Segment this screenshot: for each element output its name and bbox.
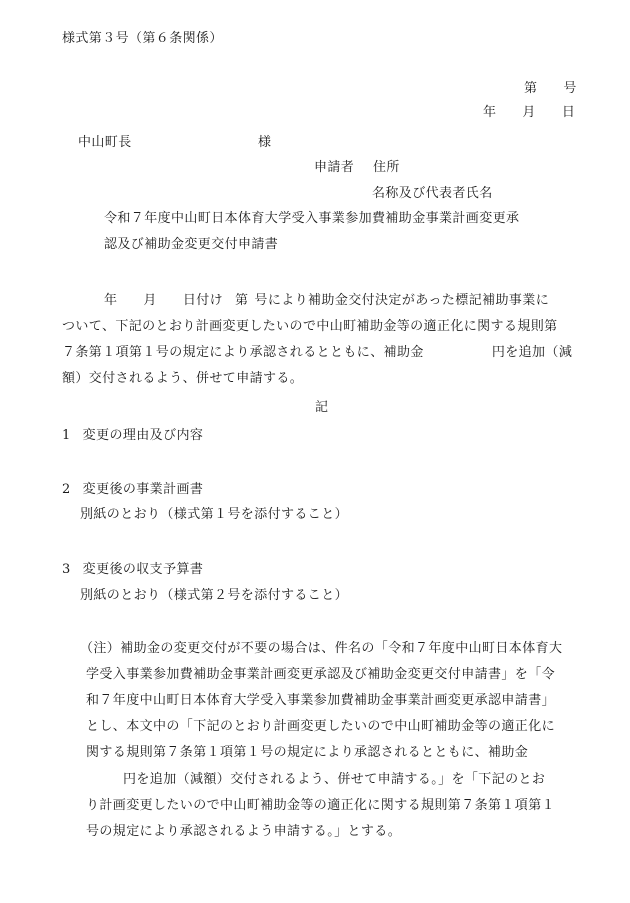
- document-title-line-2: 認及び補助金変更交付申請書: [104, 237, 278, 253]
- date-day: 日: [562, 105, 575, 120]
- body-line-1: 年月日付け第号により補助金交付決定があった標記補助事業に: [104, 293, 549, 309]
- note-line-1: （注）補助金の変更交付が不要の場合は、件名の「令和７年度中山町日本体育大: [80, 641, 562, 657]
- applicant-label: 申請者: [314, 160, 354, 176]
- date-year: 年: [483, 105, 496, 120]
- item-number: 2: [62, 482, 71, 497]
- body-no: 第: [235, 293, 248, 308]
- body-line-3-before: ７条第１項第１号の規定により承認されるとともに、補助金: [62, 345, 424, 360]
- body-line-3: ７条第１項第１号の規定により承認されるとともに、補助金円を追加（減: [62, 345, 572, 361]
- body-dated: 日付け: [183, 293, 223, 308]
- item-number: 3: [62, 562, 71, 577]
- applicant-address-label: 住所: [373, 160, 400, 176]
- ki-heading: 記: [315, 400, 328, 416]
- item-2-detail: 別紙のとおり（様式第１号を添付すること）: [80, 507, 348, 523]
- note-line-8: 号の規定により承認されるよう申請する。」とする。: [86, 824, 401, 840]
- body-month: 月: [143, 293, 156, 308]
- item-heading: 変更後の収支予算書: [83, 562, 204, 577]
- note-line-7: り計画変更したいので中山町補助金等の適正化に関する規則第７条第１項第１: [86, 798, 555, 814]
- item-3-detail: 別紙のとおり（様式第２号を添付すること）: [80, 588, 348, 604]
- reference-number: 第号: [524, 81, 577, 97]
- body-year: 年: [104, 293, 117, 308]
- ref-suffix: 号: [563, 81, 576, 96]
- submission-date: 年月日: [483, 105, 575, 121]
- note-line-3: 和７年度中山町日本体育大学受入事業参加費補助金事業計画変更承認申請書」: [86, 693, 555, 709]
- body-line-2: ついて、下記のとおり計画変更したいので中山町補助金等の適正化に関する規則第: [62, 319, 558, 335]
- item-2: 2変更後の事業計画書: [62, 482, 203, 498]
- applicant-name-label: 名称及び代表者氏名: [372, 186, 493, 202]
- body-line-4: 額）交付されるよう、併せて申請する。: [62, 371, 303, 387]
- addressee-honorific: 様: [258, 135, 271, 151]
- date-month: 月: [522, 105, 535, 120]
- body-rest: 号により補助金交付決定があった標記補助事業に: [254, 293, 549, 308]
- item-heading: 変更後の事業計画書: [83, 482, 204, 497]
- item-number: 1: [62, 428, 71, 443]
- item-1: 1変更の理由及び内容: [62, 428, 203, 444]
- form-number: 様式第３号（第６条関係）: [62, 31, 223, 47]
- addressee-name: 中山町長: [78, 135, 132, 151]
- ref-prefix: 第: [524, 81, 537, 96]
- note-line-5: 関する規則第７条第１項第１号の規定により承認されるとともに、補助金: [86, 745, 528, 761]
- note-line-2: 学受入事業参加費補助金事業計画変更承認及び補助金変更交付申請書」を「令: [86, 667, 555, 683]
- item-heading: 変更の理由及び内容: [83, 428, 204, 443]
- body-line-3-after: 円を追加（減: [492, 345, 572, 360]
- note-line-4: とし、本文中の「下記のとおり計画変更したいので中山町補助金等の適正化に: [86, 719, 555, 735]
- document-title-line-1: 令和７年度中山町日本体育大学受入事業参加費補助金事業計画変更承: [104, 211, 519, 227]
- note-line-6: 円を追加（減額）交付されるよう、併せて申請する。」を「下記のとお: [123, 772, 545, 788]
- item-3: 3変更後の収支予算書: [62, 562, 203, 578]
